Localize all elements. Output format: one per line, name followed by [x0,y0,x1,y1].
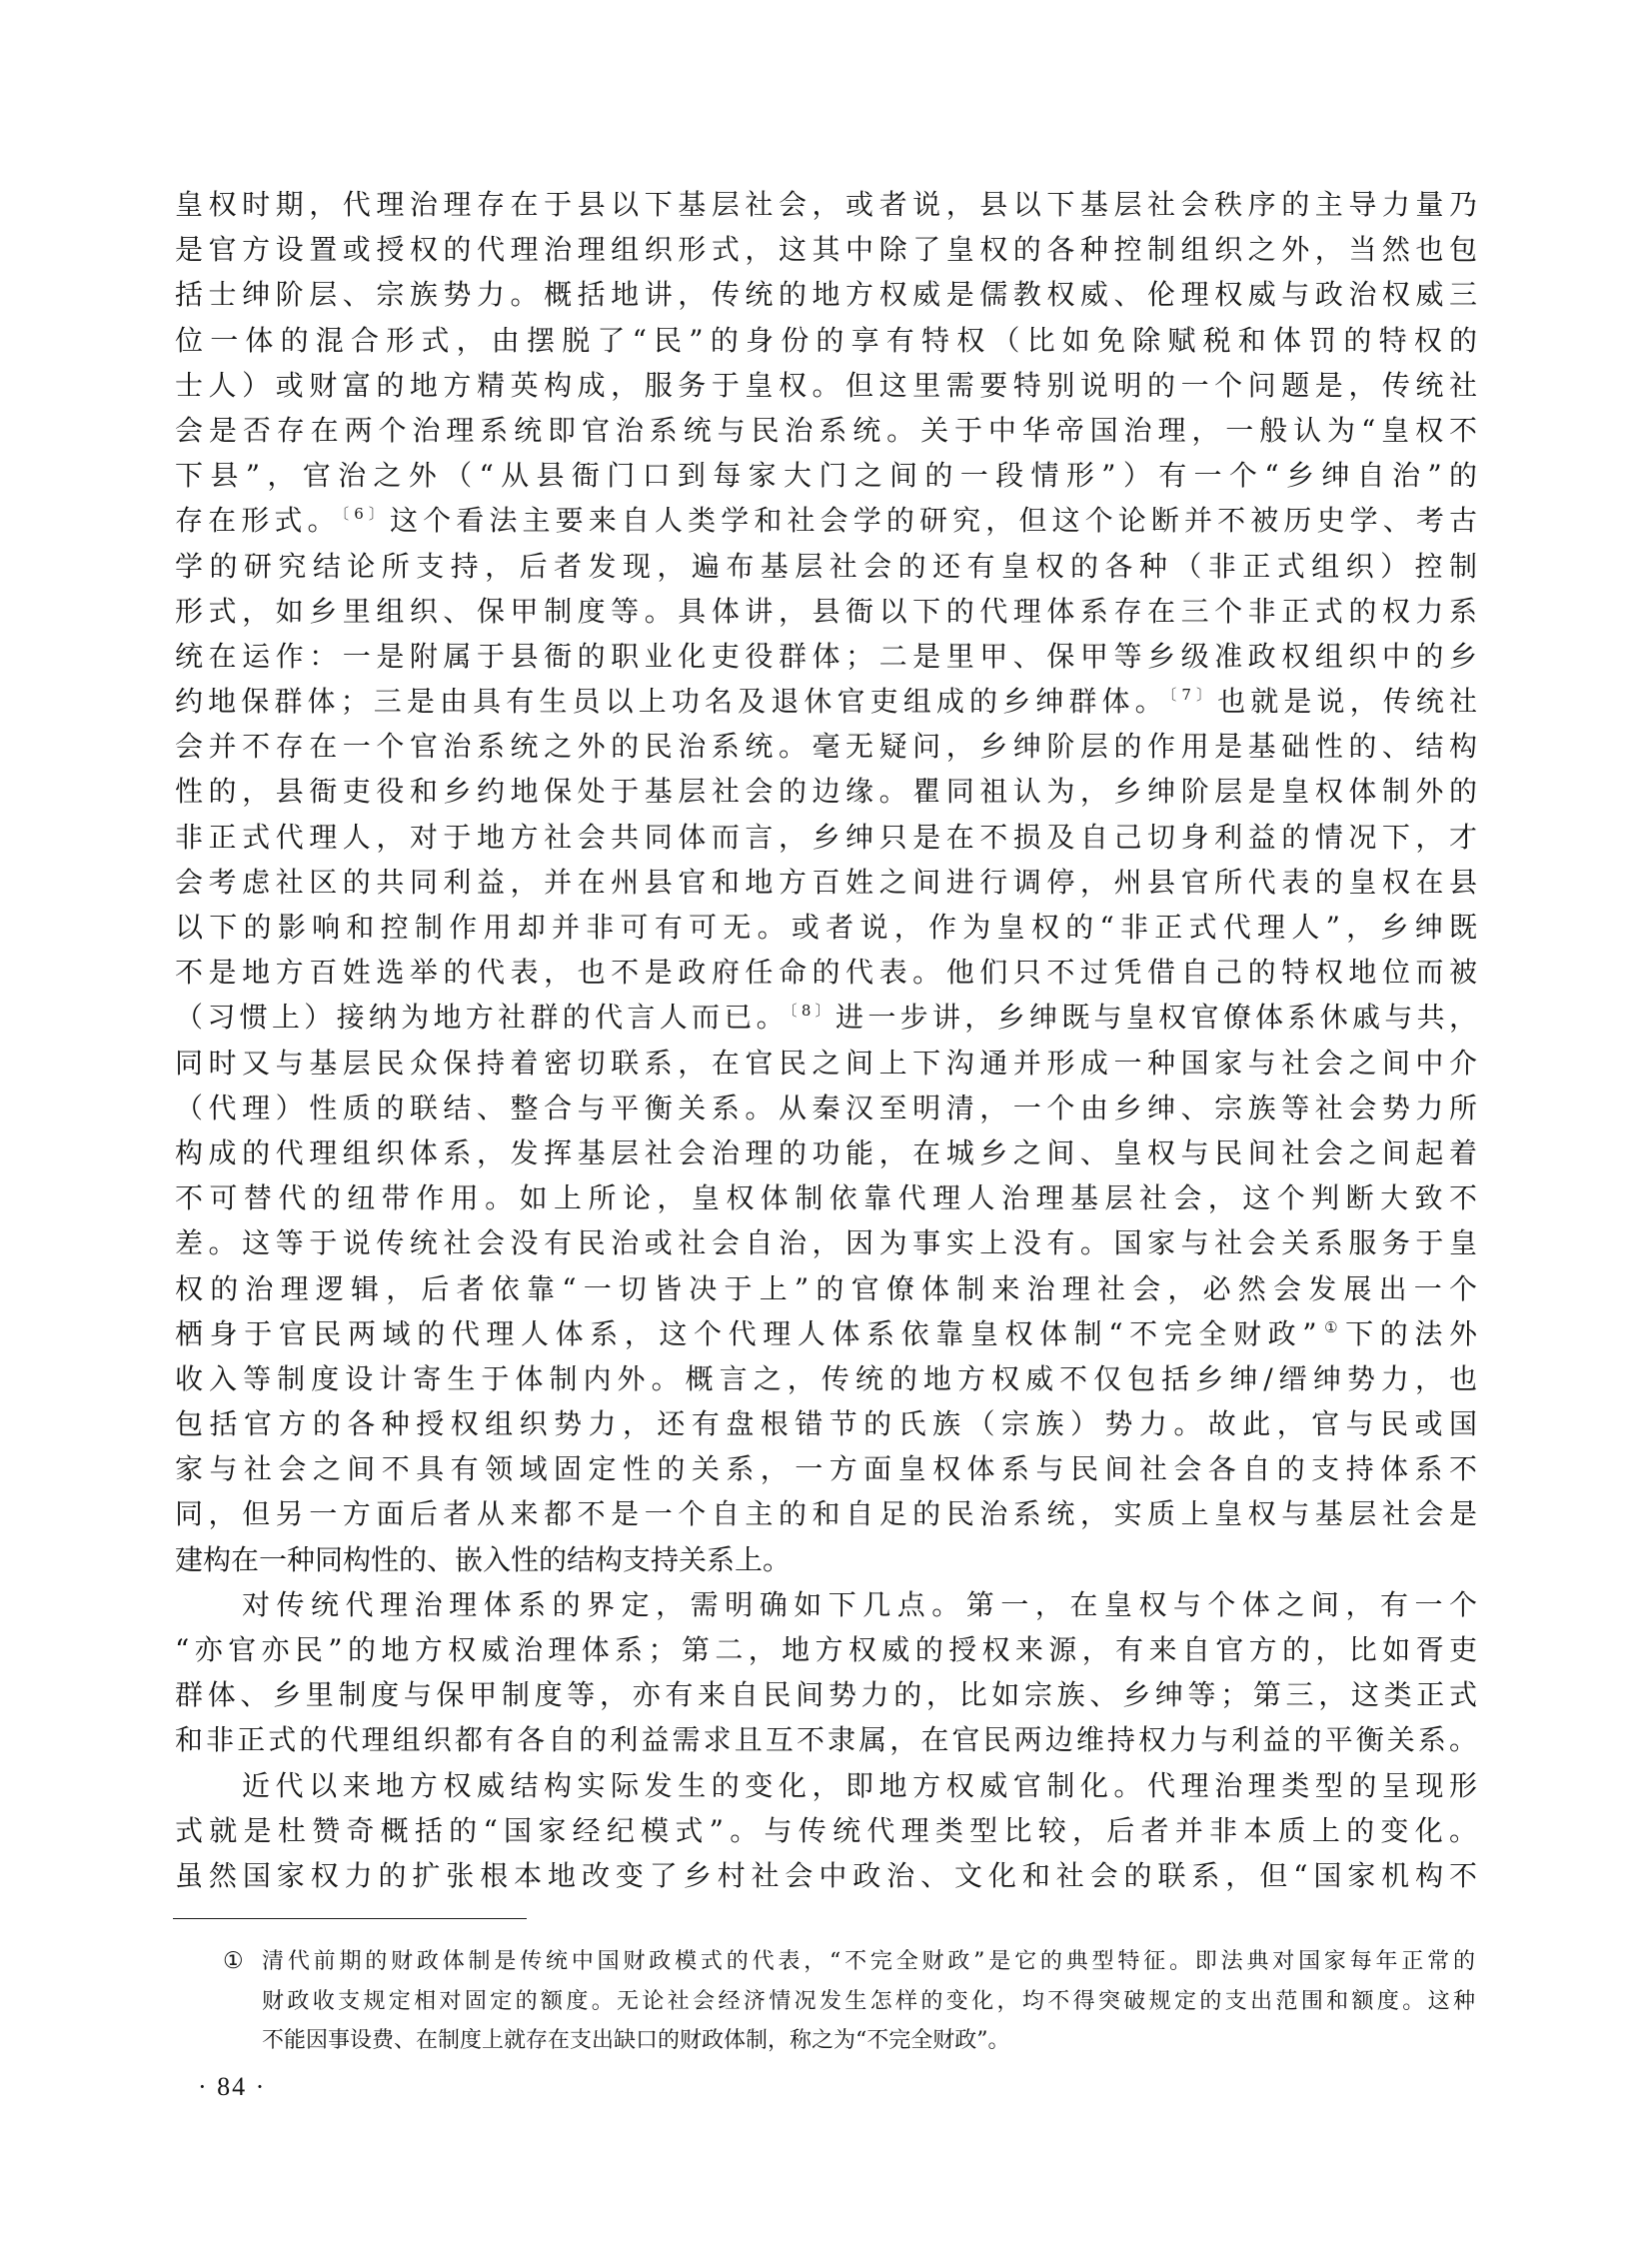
footnote-line: 财政收支规定相对固定的额度。无论社会经济情况发生怎样的变化，均不得突破规定的支出… [262,1982,1475,2022]
text-line: 存在形式。〔6〕这个看法主要来自人类学和社会学的研究，但这个论断并不被历史学、考… [175,498,1477,543]
paragraph: 近代以来地方权威结构实际发生的变化，即地方权威官制化。代理治理类型的呈现形 式就… [175,1763,1477,1899]
text-segment: 下的法外 [1345,1317,1477,1350]
text-line: 同时又与基层民众保持着密切联系，在官民之间上下沟通并形成一种国家与社会之间中介 [175,1041,1477,1086]
text-line: 括士绅阶层、宗族势力。概括地讲，传统的地方权威是儒教权威、伦理权威与政治权威三 [175,272,1477,317]
text-segment: 这个看法主要来自人类学和社会学的研究，但这个论断并不被历史学、考古 [390,504,1477,537]
text-line: 会是否存在两个治理系统即官治系统与民治系统。关于中华帝国治理，一般认为“皇权不 [175,408,1477,453]
text-line: 近代以来地方权威结构实际发生的变化，即地方权威官制化。代理治理类型的呈现形 [175,1763,1477,1808]
text-line: 构成的代理组织体系，发挥基层社会治理的功能，在城乡之间、皇权与民间社会之间起着 [175,1130,1477,1175]
text-line: 学的研究结论所支持，后者发现，遍布基层社会的还有皇权的各种（非正式组织）控制 [175,544,1477,589]
text-line: 以下的影响和控制作用却并非可有可无。或者说，作为皇权的“非正式代理人”，乡绅既 [175,905,1477,950]
text-line: “亦官亦民”的地方权威治理体系；第二，地方权威的授权来源，有来自官方的，比如胥吏 [175,1627,1477,1672]
paragraph: 对传统代理治理体系的界定，需明确如下几点。第一，在皇权与个体之间，有一个 “亦官… [175,1582,1477,1763]
text-line: 下县”，官治之外（“从县衙门口到每家大门之间的一段情形”）有一个“乡绅自治”的 [175,453,1477,498]
text-line: 不是地方百姓选举的代表，也不是政府任命的代表。他们只不过凭借自己的特权地位而被 [175,950,1477,995]
text-segment: 约地保群体；三是由具有生员以上功名及退休官吏组成的乡绅群体。 [175,685,1168,718]
text-line: 会并不存在一个官治系统之外的民治系统。毫无疑问，乡绅阶层的作用是基础性的、结构 [175,724,1477,769]
text-line: 建构在一种同构性的、嵌入性的结构支持关系上。 [175,1537,1477,1582]
text-line: 对传统代理治理体系的界定，需明确如下几点。第一，在皇权与个体之间，有一个 [175,1582,1477,1627]
footnote-line: 不能因事设费、在制度上就存在支出缺口的财政体制，称之为“不完全财政”。 [262,2021,1475,2061]
text-line: 会考虑社区的共同利益，并在州县官和地方百姓之间进行调停，州县官所代表的皇权在县 [175,860,1477,905]
text-segment: （习惯上）接纳为地方社群的代言人而已。 [175,1001,789,1034]
text-line: 权的治理逻辑，后者依靠“一切皆决于上”的官僚体制来治理社会，必然会发展出一个 [175,1266,1477,1311]
body-text: 皇权时期，代理治理存在于县以下基层社会，或者说，县以下基层社会秩序的主导力量乃 … [175,182,1477,1898]
text-line: （习惯上）接纳为地方社群的代言人而已。〔8〕进一步讲，乡绅既与皇权官僚体系休戚与… [175,995,1477,1040]
text-line: 形式，如乡里组织、保甲制度等。具体讲，县衙以下的代理体系存在三个非正式的权力系 [175,589,1477,634]
footnote-ref: ① [1318,1318,1345,1336]
footnote-divider [173,1918,527,1919]
text-line: 群体、乡里制度与保甲制度等，亦有来自民间势力的，比如宗族、乡绅等；第三，这类正式 [175,1672,1477,1717]
citation-ref: 〔8〕 [790,1002,834,1020]
footnote-text: 清代前期的财政体制是传统中国财政模式的代表，“不完全财政”是它的典型特征。即法典… [262,1942,1475,2061]
footnote-line: 清代前期的财政体制是传统中国财政模式的代表，“不完全财政”是它的典型特征。即法典… [262,1942,1475,1982]
text-line: 和非正式的代理组织都有各自的利益需求且互不隶属，在官民两边维持权力与利益的平衡关… [175,1717,1477,1762]
text-line: 士人）或财富的地方精英构成，服务于皇权。但这里需要特别说明的一个问题是，传统社 [175,363,1477,408]
page-number: · 84 · [198,2071,266,2103]
footnote-marker: ① [223,1942,244,1982]
text-line: 约地保群体；三是由具有生员以上功名及退休官吏组成的乡绅群体。〔7〕也就是说，传统… [175,679,1477,724]
text-line: 位一体的混合形式，由摆脱了“民”的身份的享有特权（比如免除赋税和体罚的特权的 [175,318,1477,363]
text-line: 收入等制度设计寄生于体制内外。概言之，传统的地方权威不仅包括乡绅/缙绅势力，也 [175,1356,1477,1401]
text-line: 差。这等于说传统社会没有民治或社会自治，因为事实上没有。国家与社会关系服务于皇 [175,1220,1477,1265]
text-segment: 也就是说，传统社 [1217,685,1477,718]
text-line: 皇权时期，代理治理存在于县以下基层社会，或者说，县以下基层社会秩序的主导力量乃 [175,182,1477,227]
text-segment: 存在形式。 [175,504,341,537]
text-line: 栖身于官民两域的代理人体系，这个代理人体系依靠皇权体制“不完全财政”①下的法外 [175,1311,1477,1356]
text-line: 家与社会之间不具有领域固定性的关系，一方面皇权体系与民间社会各自的支持体系不 [175,1446,1477,1491]
text-line: （代理）性质的联结、整合与平衡关系。从秦汉至明清，一个由乡绅、宗族等社会势力所 [175,1086,1477,1130]
text-line: 性的，县衙吏役和乡约地保处于基层社会的边缘。瞿同祖认为，乡绅阶层是皇权体制外的 [175,769,1477,814]
text-segment: 栖身于官民两域的代理人体系，这个代理人体系依靠皇权体制“不完全财政” [175,1317,1317,1350]
text-line: 非正式代理人，对于地方社会共同体而言，乡绅只是在不损及自己切身利益的情况下，才 [175,815,1477,860]
paragraph: 皇权时期，代理治理存在于县以下基层社会，或者说，县以下基层社会秩序的主导力量乃 … [175,182,1477,1582]
citation-ref: 〔7〕 [1169,686,1216,704]
text-segment: 进一步讲，乡绅既与皇权官僚体系休戚与共， [835,1001,1477,1034]
text-line: 包括官方的各种授权组织势力，还有盘根错节的氏族（宗族）势力。故此，官与民或国 [175,1401,1477,1446]
citation-ref: 〔6〕 [342,505,389,523]
text-line: 不可替代的纽带作用。如上所论，皇权体制依靠代理人治理基层社会，这个判断大致不 [175,1175,1477,1220]
text-line: 同，但另一方面后者从来都不是一个自主的和自足的民治系统，实质上皇权与基层社会是 [175,1491,1477,1536]
text-line: 统在运作：一是附属于县衙的职业化吏役群体；二是里甲、保甲等乡级准政权组织中的乡 [175,634,1477,679]
text-line: 式就是杜赞奇概括的“国家经纪模式”。与传统代理类型比较，后者并非本质上的变化。 [175,1808,1477,1853]
text-line: 是官方设置或授权的代理治理组织形式，这其中除了皇权的各种控制组织之外，当然也包 [175,227,1477,272]
text-line: 虽然国家权力的扩张根本地改变了乡村社会中政治、文化和社会的联系，但“国家机构不 [175,1853,1477,1898]
